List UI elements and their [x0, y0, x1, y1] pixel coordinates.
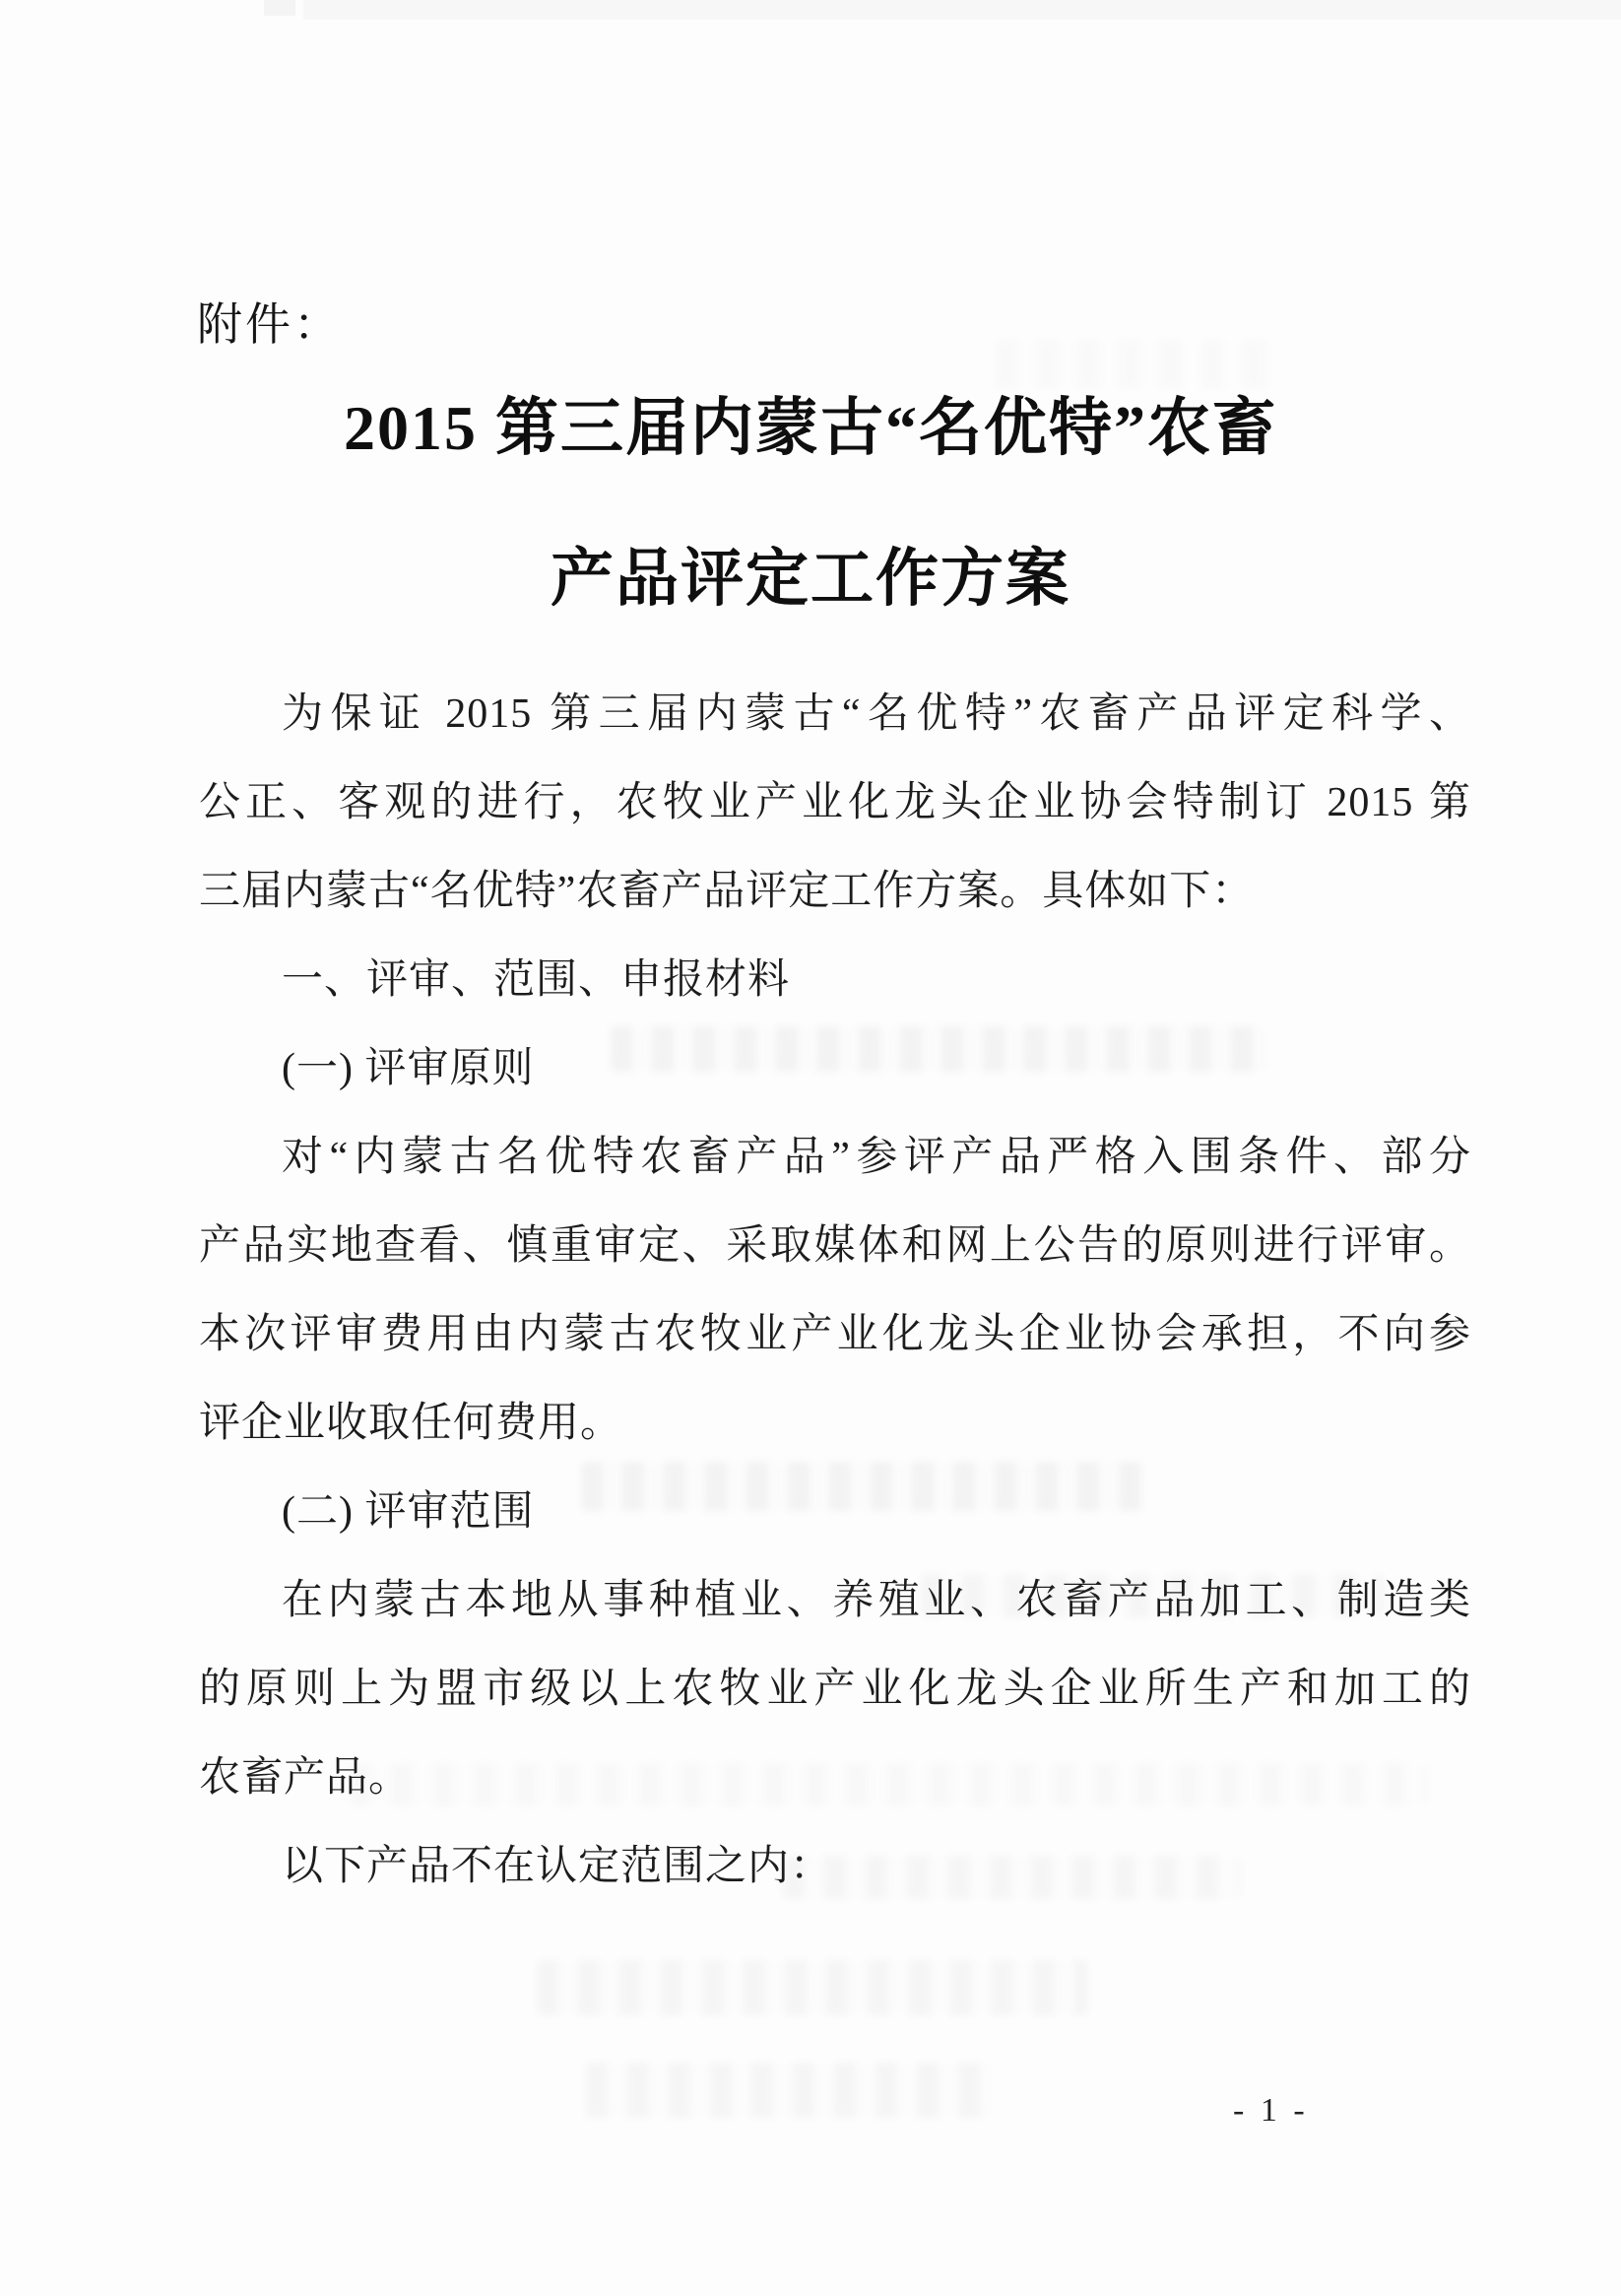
body-line: 公正、客观的进行，农牧业产业化龙头企业协会特制订 2015 第: [199, 758, 1471, 847]
attachment-label: 附件：: [197, 289, 342, 354]
bleedthrough-artifact: [537, 1960, 1088, 2015]
document-page: 附件： 2015 第三届内蒙古“名优特”农畜 产品评定工作方案 为保证 2015…: [0, 0, 1621, 2296]
bleedthrough-artifact: [783, 1856, 1241, 1899]
body-line: 的原则上为盟市级以上农牧业产业化龙头企业所生产和加工的: [199, 1645, 1471, 1734]
body-line-section-heading: 一、评审、范围、申报材料: [199, 936, 1471, 1024]
bleedthrough-artifact: [586, 2063, 995, 2118]
body-line: 为保证 2015 第三届内蒙古“名优特”农畜产品评定科学、: [199, 670, 1471, 758]
body-line: 对“内蒙古名优特农畜产品”参评产品严格入围条件、部分: [199, 1113, 1471, 1202]
body-line: 评企业收取任何费用。: [199, 1379, 1471, 1468]
bleedthrough-artifact: [921, 1574, 1384, 1617]
page-number: - 1 -: [1233, 2092, 1309, 2130]
scan-edge-artifact: [264, 0, 295, 16]
document-body: 为保证 2015 第三届内蒙古“名优特”农畜产品评定科学、 公正、客观的进行，农…: [199, 670, 1471, 1911]
bleedthrough-artifact: [581, 1462, 1147, 1511]
scan-edge-artifact: [303, 0, 1621, 20]
document-title-line2: 产品评定工作方案: [0, 543, 1621, 616]
bleedthrough-artifact: [350, 1763, 1428, 1806]
body-line: 本次评审费用由内蒙古农牧业产业化龙头企业协会承担，不向参: [199, 1290, 1471, 1379]
bleedthrough-artifact: [611, 1026, 1270, 1072]
document-title-line1: 2015 第三届内蒙古“名优特”农畜: [0, 392, 1621, 465]
body-line: 产品实地查看、慎重审定、采取媒体和网上公告的原则进行评审。: [199, 1202, 1471, 1290]
body-line: 三届内蒙古“名优特”农畜产品评定工作方案。具体如下：: [199, 847, 1471, 936]
bleedthrough-artifact: [995, 340, 1280, 389]
